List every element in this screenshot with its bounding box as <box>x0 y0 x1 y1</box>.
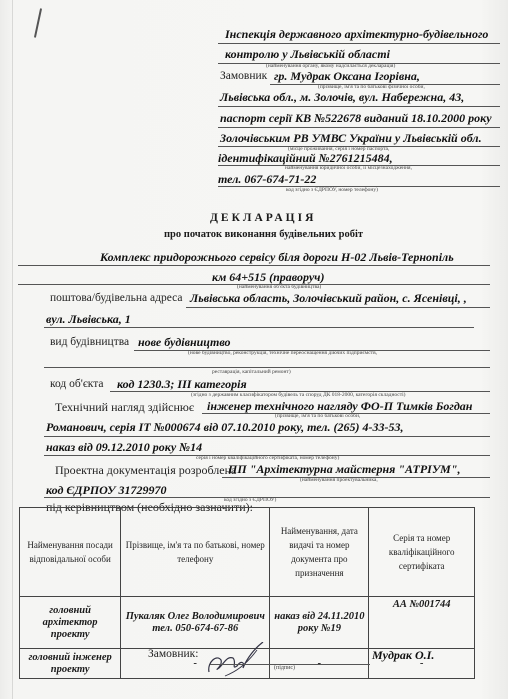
customer-label: Замовник <box>220 70 267 82</box>
construction-type-label: вид будівництва <box>50 336 129 348</box>
page-edge <box>12 0 13 699</box>
id-number: ідентифікаційний №2761215484, <box>218 151 393 166</box>
object-line2: км 64+515 (праворуч) <box>212 270 324 285</box>
footer-customer-label: Замовник: <box>148 648 198 660</box>
project-developer: ПП "Архітектурна майстерня "АТРІУМ", <box>228 462 461 477</box>
document-page: Інспекція державного архітектурно-будіве… <box>0 0 508 699</box>
inspection-line2: контролю у Львівській області <box>225 47 390 62</box>
document-title: ДЕКЛАРАЦІЯ <box>210 212 316 224</box>
project-label: Проектна документація розроблена <box>55 463 236 478</box>
underline <box>44 436 490 437</box>
id-caption: найменування юридичної особи, її місцезн… <box>285 165 412 171</box>
pen-mark <box>34 8 42 38</box>
underline <box>218 43 500 44</box>
underline <box>18 265 490 266</box>
address-line2: вул. Львівська, 1 <box>46 312 131 327</box>
cell-position: головний архітектор проекту <box>20 597 121 649</box>
address-label: поштова/будівельна адреса <box>50 292 182 304</box>
phone: тел. 067-674-71-22 <box>218 172 316 187</box>
signature-icon <box>205 642 265 682</box>
footer-customer-name: Мудрак О.І. <box>372 648 434 663</box>
underline <box>44 367 490 368</box>
passport-line2: Золочівським РВ УМВС України у Львівські… <box>220 131 482 146</box>
supervision-caption2: серія і номер кваліфікаційного сертифіка… <box>196 455 339 461</box>
construction-type-caption1: (нове будівництво, реконструкція, техніч… <box>188 350 377 356</box>
object-line1: Комплекс придорожнього сервісу біля доро… <box>100 250 454 265</box>
col-header-name: Прізвище, ім'я та по батькові, номер тел… <box>121 508 270 597</box>
underline <box>44 327 474 328</box>
document-subtitle: про початок виконання будівельних робіт <box>164 229 363 240</box>
cell-name: Пукаляк Олег Володимирович тел. 050-674-… <box>121 597 270 649</box>
supervision-line1: інженер технічного нагляду ФО-П Тимків Б… <box>207 399 472 414</box>
signature-caption: (підпис) <box>274 665 295 671</box>
underline <box>218 127 500 128</box>
underline <box>218 106 500 107</box>
construction-type-caption2: реставрація, капітальний ремонт) <box>212 369 291 375</box>
customer-name: гр. Мудрак Оксана Ігорівна, <box>274 69 420 84</box>
object-code: код 1230.3; III категорія <box>117 377 247 392</box>
supervision-caption1: (прізвище, ім'я та по батькові особи, <box>275 413 360 419</box>
object-code-caption: (згідно з державним класифікатором будів… <box>191 392 406 398</box>
cell-document: наказ від 24.11.2010 року №19 <box>270 597 369 649</box>
cell-position: головний інженер проекту <box>20 649 121 679</box>
col-header-document: Найменування, дата видачі та номер докум… <box>270 508 369 597</box>
construction-type: нове будівництво <box>138 335 231 350</box>
customer-address: Львівська обл., м. Золочів, вул. Набереж… <box>220 90 464 105</box>
object-caption: (найменування об'єкта будівництва) <box>237 284 321 290</box>
phone-caption: код згідно з ЄДРПОУ, номер телефону) <box>286 187 378 193</box>
project-code: код ЄДРПОУ 31729970 <box>46 483 167 498</box>
col-header-certificate: Серія та номер кваліфікаційного сертифік… <box>369 508 475 597</box>
table-row: головний архітектор проекту Пукаляк Олег… <box>20 597 475 649</box>
table-header-row: Найменування посади відповідальної особи… <box>20 508 475 597</box>
supervision-label: Технічний нагляд здійснює <box>55 400 194 415</box>
supervision-line2: Романович, серія ІТ №000674 від 07.10.20… <box>46 420 403 435</box>
inspection-line1: Інспекція державного архітектурно-будіве… <box>225 27 488 42</box>
object-code-label: код об'єкта <box>50 378 103 390</box>
project-caption1: (найменування проектувальника, <box>300 477 378 483</box>
address-line1: Львівська область, Золочівський район, с… <box>190 291 467 306</box>
cell-certificate: АА №001744 <box>369 597 475 649</box>
supervision-line3: наказ від 09.12.2010 року №14 <box>46 440 202 455</box>
passport-line1: паспорт серії КВ №522678 виданий 18.10.2… <box>220 111 492 126</box>
col-header-position: Найменування посади відповідальної особи <box>20 508 121 597</box>
underline <box>186 307 490 308</box>
